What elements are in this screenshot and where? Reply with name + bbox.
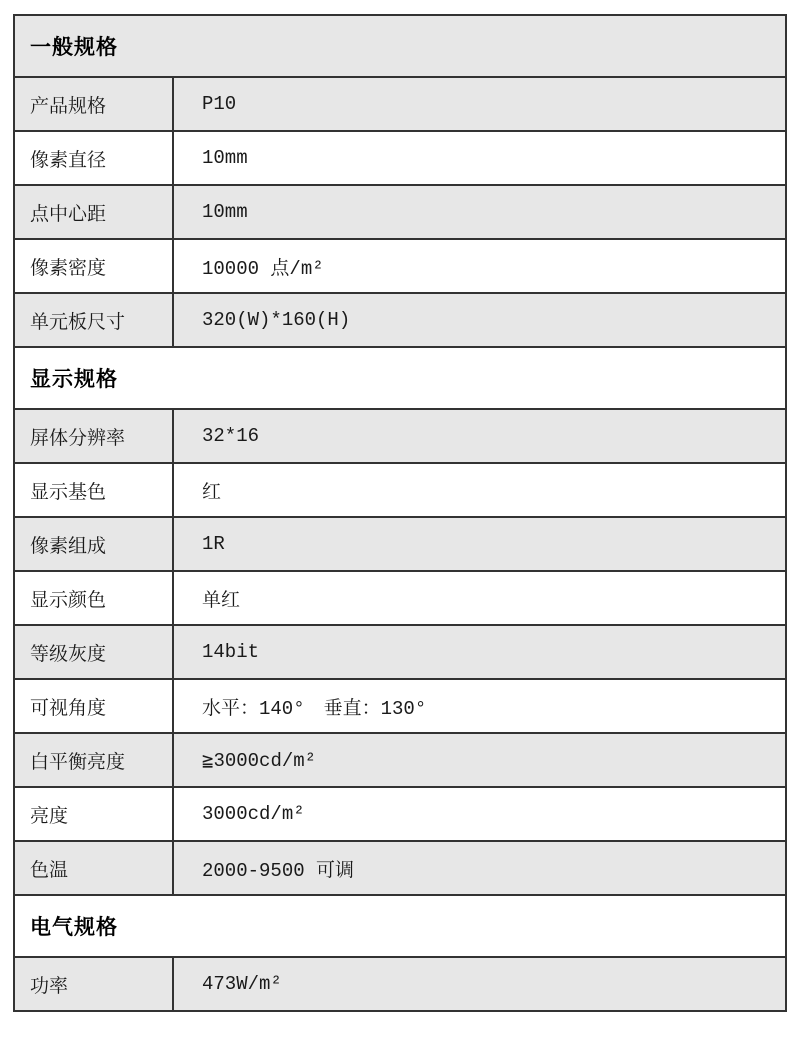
spec-value: 10mm	[173, 131, 786, 185]
spec-label: 产品规格	[14, 77, 173, 131]
spec-value: ≧3000cd/m²	[173, 733, 786, 787]
spec-row: 可视角度水平：140° 垂直：130°	[14, 679, 786, 733]
spec-row: 单元板尺寸320(W)*160(H)	[14, 293, 786, 347]
section-header-title: 一般规格	[14, 15, 786, 77]
spec-label: 白平衡亮度	[14, 733, 173, 787]
spec-label: 显示基色	[14, 463, 173, 517]
spec-value: 水平：140° 垂直：130°	[173, 679, 786, 733]
spec-value: 3000cd/m²	[173, 787, 786, 841]
spec-label: 色温	[14, 841, 173, 895]
spec-row: 显示颜色单红	[14, 571, 786, 625]
spec-label: 等级灰度	[14, 625, 173, 679]
spec-label: 像素密度	[14, 239, 173, 293]
section-header-title: 显示规格	[14, 347, 786, 409]
spec-table: 一般规格产品规格P10像素直径10mm点中心距10mm像素密度10000 点/m…	[13, 14, 787, 1012]
spec-label: 显示颜色	[14, 571, 173, 625]
spec-label: 点中心距	[14, 185, 173, 239]
spec-label: 单元板尺寸	[14, 293, 173, 347]
spec-value: 14bit	[173, 625, 786, 679]
spec-row: 像素直径10mm	[14, 131, 786, 185]
spec-row: 等级灰度14bit	[14, 625, 786, 679]
spec-label: 像素组成	[14, 517, 173, 571]
spec-label: 屏体分辨率	[14, 409, 173, 463]
spec-label: 可视角度	[14, 679, 173, 733]
spec-row: 屏体分辨率32*16	[14, 409, 786, 463]
spec-value: 10mm	[173, 185, 786, 239]
spec-value: 1R	[173, 517, 786, 571]
spec-value: 32*16	[173, 409, 786, 463]
spec-value: 单红	[173, 571, 786, 625]
spec-row: 点中心距10mm	[14, 185, 786, 239]
spec-value: 2000-9500 可调	[173, 841, 786, 895]
spec-row: 显示基色红	[14, 463, 786, 517]
spec-row: 白平衡亮度≧3000cd/m²	[14, 733, 786, 787]
section-header-title: 电气规格	[14, 895, 786, 957]
spec-label: 像素直径	[14, 131, 173, 185]
spec-row: 像素组成1R	[14, 517, 786, 571]
spec-row: 亮度3000cd/m²	[14, 787, 786, 841]
spec-row: 像素密度10000 点/m²	[14, 239, 786, 293]
section-row: 一般规格	[14, 15, 786, 77]
spec-label: 功率	[14, 957, 173, 1011]
spec-row: 功率473W/m²	[14, 957, 786, 1011]
spec-value: 320(W)*160(H)	[173, 293, 786, 347]
spec-sheet-page: 一般规格产品规格P10像素直径10mm点中心距10mm像素密度10000 点/m…	[0, 0, 800, 1046]
spec-table-body: 一般规格产品规格P10像素直径10mm点中心距10mm像素密度10000 点/m…	[14, 15, 786, 1011]
spec-label: 亮度	[14, 787, 173, 841]
spec-value: 473W/m²	[173, 957, 786, 1011]
section-row: 显示规格	[14, 347, 786, 409]
spec-row: 产品规格P10	[14, 77, 786, 131]
spec-row: 色温2000-9500 可调	[14, 841, 786, 895]
spec-value: 10000 点/m²	[173, 239, 786, 293]
spec-value: 红	[173, 463, 786, 517]
section-row: 电气规格	[14, 895, 786, 957]
spec-value: P10	[173, 77, 786, 131]
